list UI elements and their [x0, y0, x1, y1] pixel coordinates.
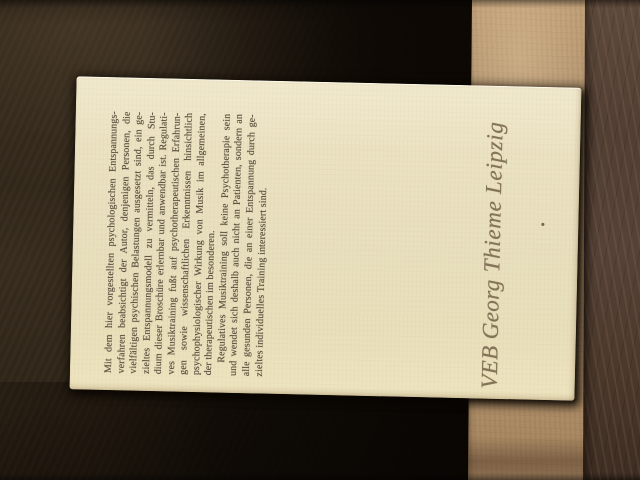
photo-vignette-bottom	[0, 473, 640, 480]
publisher-imprint: VEB GeorgThieme Leipzig	[477, 121, 509, 389]
leather-surface-right	[583, 0, 640, 480]
cover-rotated-content: Mit dem hier vorgestellten psychologisch…	[70, 76, 582, 400]
photo-background: Mit dem hier vorgestellten psychologisch…	[0, 0, 640, 480]
blurb-text: Mit dem hier vorgestellten psychologisch…	[103, 111, 272, 377]
publisher-prefix: VEB Georg	[477, 279, 504, 389]
ink-speck	[541, 223, 544, 226]
booklet-back-cover: Mit dem hier vorgestellten psychologisch…	[70, 76, 582, 400]
photo-vignette-top	[0, 0, 640, 8]
publisher-name: Thieme Leipzig	[479, 121, 507, 273]
